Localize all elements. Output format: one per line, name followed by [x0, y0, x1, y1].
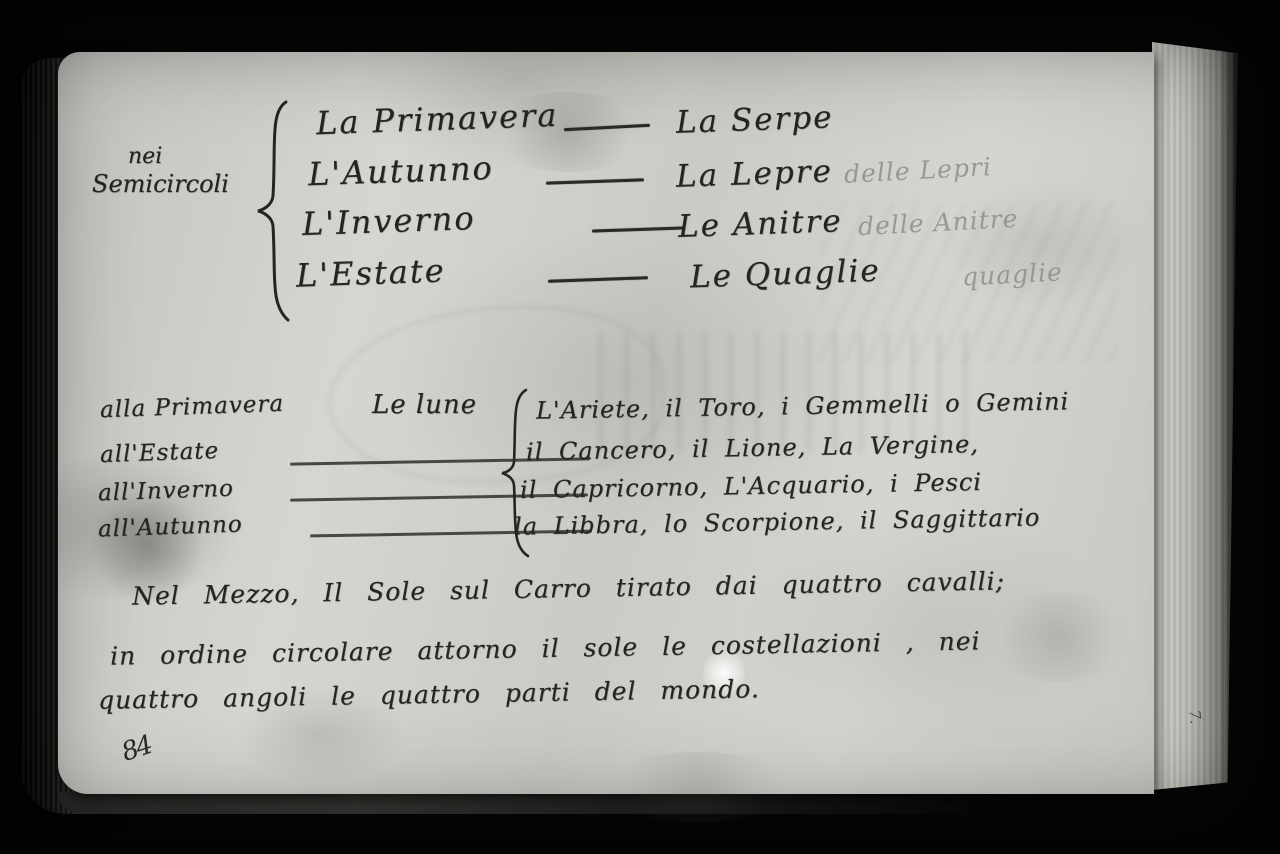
zodiac-signs: L'Ariete, il Toro, i Gemmelli o Gemini	[536, 387, 1070, 424]
pencil-correction: delle Lepri	[843, 152, 992, 189]
book-fore-edge-right	[1152, 42, 1238, 790]
stain	[988, 592, 1128, 682]
zodiac-signs: la Libbra, lo Scorpione, il Saggittario	[514, 503, 1041, 540]
paragraph-line: quattro angoli le quattro parti del mond…	[98, 674, 760, 715]
paragraph-line: Nel Mezzo, Il Sole sul Carro tirato dai …	[132, 566, 1005, 610]
zodiac-signs: il Cancero, il Lione, La Vergine,	[526, 430, 979, 466]
ditto-dash	[592, 226, 684, 232]
zodiac-season-label: all'Estate	[100, 438, 220, 468]
zodiac-signs: il Capricorno, L'Acquario, i Pesci	[520, 468, 982, 504]
figure-label: La Serpe	[675, 99, 834, 140]
season-label: La Primavera	[315, 96, 559, 142]
figure-label: La Lepre	[675, 153, 833, 194]
manuscript-page: nei Semicircoli La Primavera La Serpe L'…	[58, 52, 1154, 794]
ditto-dash	[546, 178, 644, 184]
season-label: L'Inverno	[301, 199, 476, 243]
figure-label: Le Quaglie	[689, 253, 881, 296]
margin-mark: 84	[118, 730, 155, 768]
book-bottom-page-edges	[58, 792, 1058, 814]
figure-label: Le Anitre	[677, 203, 843, 245]
paragraph-line: in ordine circolare attorno il sole le c…	[110, 626, 981, 670]
photograph-of-notebook: nei Semicircoli La Primavera La Serpe L'…	[0, 0, 1280, 854]
margin-label-line2: Semicircoli	[92, 170, 229, 198]
lune-label: Le lune	[372, 390, 477, 420]
zodiac-season-label: alla Primavera	[100, 391, 285, 423]
season-label: L'Autunno	[307, 149, 494, 193]
zodiac-season-label: all'Inverno	[98, 476, 235, 507]
zodiac-season-label: all'Autunno	[98, 511, 244, 542]
margin-label-line1: nei	[128, 144, 162, 169]
pencil-correction: delle Anitre	[857, 204, 1019, 241]
ditto-dash	[548, 276, 648, 282]
pencil-correction: quaglie	[961, 257, 1063, 291]
edge-mark: 7.	[1185, 709, 1204, 725]
season-label: L'Estate	[295, 251, 446, 294]
ditto-dash	[564, 124, 650, 131]
grouping-brace-seasons	[256, 100, 292, 326]
